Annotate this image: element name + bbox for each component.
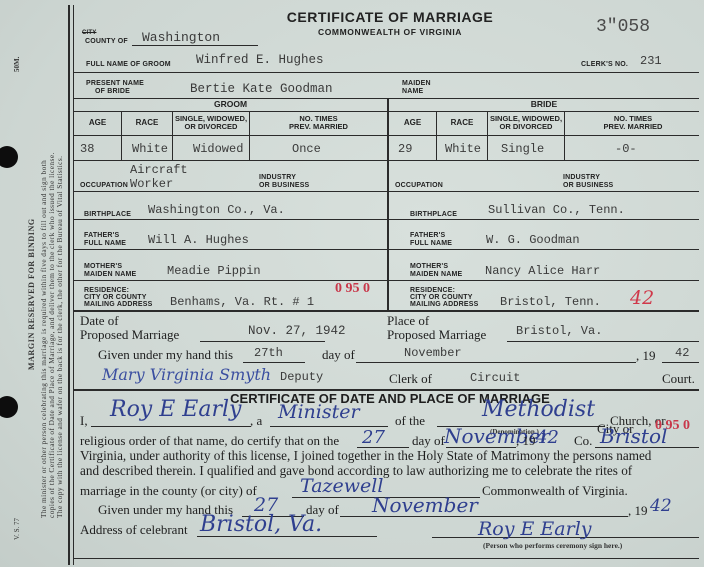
groom-status: Widowed	[193, 142, 243, 156]
bride-times-header-2: PREV. MARRIED	[565, 122, 701, 131]
bride-section-label: BRIDE	[388, 100, 700, 109]
i-label: I,	[80, 413, 88, 429]
groom-father-label-2: FULL NAME	[84, 240, 126, 248]
cert-line-1-prefix: religious order of that name, do certify…	[80, 433, 339, 449]
divider	[74, 310, 699, 312]
groom-mother-label-2: MAIDEN NAME	[84, 271, 136, 279]
cert-given-year-prefix: , 19	[628, 503, 648, 519]
bride-status-header-2: OR DIVORCED	[488, 122, 564, 131]
given-month-underline	[356, 362, 636, 363]
city-label-struck: CITY	[82, 29, 96, 37]
bride-mother: Nancy Alice Harr	[485, 264, 600, 278]
celebrant-address: Bristol, Va.	[200, 512, 322, 537]
groom-father-label-1: FATHER'S	[84, 232, 119, 240]
cert-line-2: Virginia, under authority of this licens…	[80, 448, 651, 464]
bride-race-header: RACE	[437, 118, 487, 127]
given-day: 27th	[254, 346, 283, 360]
instructions-line-3: The copy with the license and wafer on t…	[55, 156, 64, 518]
place-label-2: Proposed Marriage	[387, 327, 486, 343]
bride-father-label-2: FULL NAME	[410, 240, 452, 248]
groom-section-label: GROOM	[74, 100, 387, 109]
divider	[74, 72, 699, 73]
vs-code: V. S. 77	[13, 518, 21, 540]
cert-city: Bristol	[600, 424, 667, 448]
bride-name-value: Bertie Kate Goodman	[190, 82, 333, 96]
groom-times-header-2: PREV. MARRIED	[250, 122, 387, 131]
clerk-signature: Mary Virginia Smyth	[102, 365, 271, 384]
bride-birthplace-label: BIRTHPLACE	[410, 211, 457, 219]
proposed-marriage-date: Nov. 27, 1942	[248, 324, 346, 338]
groom-age-header: AGE	[74, 118, 121, 127]
groom-race-header: RACE	[122, 118, 172, 127]
cert-year-prefix: , 19	[516, 433, 536, 449]
date-label-2: Proposed Marriage	[80, 327, 179, 343]
maiden-name-label-1: MAIDEN	[402, 80, 431, 88]
officiant-underline	[91, 426, 251, 427]
signature-caption: (Person who performs ceremony sign here.…	[483, 541, 622, 550]
bride-mother-label-2: MAIDEN NAME	[410, 271, 462, 279]
county-prefix: marriage in the county (or city) of	[80, 483, 257, 499]
divider	[74, 160, 699, 161]
divider	[74, 249, 699, 250]
divider	[74, 280, 699, 281]
groom-occupation-2: Worker	[130, 177, 173, 191]
groom-name-label: FULL NAME OF GROOM	[86, 61, 171, 69]
divider	[74, 135, 699, 136]
divider	[74, 219, 699, 220]
margin-border	[68, 5, 70, 565]
court-label: Court.	[662, 371, 695, 387]
proposed-marriage-place: Bristol, Va.	[516, 324, 602, 338]
bride-race: White	[445, 142, 481, 156]
bride-industry-label-2: OR BUSINESS	[563, 182, 613, 190]
cert-day-of: day of	[412, 433, 445, 449]
officiant-name: Roy E Early	[110, 397, 241, 422]
groom-status-header-2: OR DIVORCED	[173, 122, 249, 131]
of-the-label: of the	[395, 413, 425, 429]
groom-occupation-label: OCCUPATION	[80, 182, 128, 190]
court-name: Circuit	[470, 371, 520, 385]
address-label: Address of celebrant	[80, 522, 188, 538]
binding-hole-icon	[0, 146, 18, 168]
groom-residence-label-3: MAILING ADDRESS	[84, 301, 152, 309]
maiden-name-label-2: NAME	[402, 88, 423, 96]
given-year-underline	[662, 362, 699, 363]
groom-times-married: Once	[292, 142, 321, 156]
co-label: Co.	[574, 433, 592, 449]
bottom-border	[74, 558, 699, 559]
groom-residence: Benhams, Va. Rt. # 1	[170, 295, 314, 309]
county-label: COUNTY OF	[85, 38, 128, 46]
bride-times-married: -0-	[615, 142, 637, 156]
groom-occupation-1: Aircraft	[130, 163, 188, 177]
bride-residence-label-3: MAILING ADDRESS	[410, 301, 478, 309]
deputy-label: Deputy	[280, 370, 323, 384]
given-year: 42	[675, 346, 689, 360]
groom-birthplace-label: BIRTHPLACE	[84, 211, 131, 219]
a-label: , a	[250, 413, 262, 429]
groom-industry-label-1: INDUSTRY	[259, 174, 296, 182]
given-year-prefix: , 19	[636, 348, 656, 364]
margin-border	[73, 5, 74, 565]
bride-residence: Bristol, Tenn.	[500, 295, 601, 309]
clerk-number-value: 231	[640, 54, 662, 68]
divider	[74, 191, 699, 192]
bride-status: Single	[501, 142, 544, 156]
bride-father-label-1: FATHER'S	[410, 232, 445, 240]
cert-day: 27	[362, 427, 385, 448]
bride-age: 29	[398, 142, 412, 156]
given-day-of: day of	[322, 347, 355, 363]
groom-name-value: Winfred E. Hughes	[196, 53, 324, 67]
cert-year: 42	[536, 427, 559, 448]
officiant-title: Minister	[278, 401, 360, 423]
given-month: November	[404, 346, 462, 360]
bride-occupation-label: OCCUPATION	[395, 182, 443, 190]
bride-industry-label-1: INDUSTRY	[563, 174, 600, 182]
given-day-underline	[243, 362, 305, 363]
cert-given-month: November	[372, 493, 478, 517]
bride-red-mark: 42	[630, 287, 654, 309]
date-underline	[200, 341, 325, 342]
clerk-of-label: Clerk of	[389, 371, 432, 387]
bride-age-header: AGE	[389, 118, 436, 127]
bride-mother-label-1: MOTHER'S	[410, 263, 448, 271]
given-prefix: Given under my hand this	[98, 347, 233, 363]
county-value: Washington	[142, 30, 220, 45]
stamp-number: 3″058	[596, 17, 650, 37]
cert-county: Tazewell	[300, 475, 383, 497]
bride-birthplace: Sullivan Co., Tenn.	[488, 203, 625, 217]
place-underline	[507, 341, 699, 342]
groom-industry-label-2: OR BUSINESS	[259, 182, 309, 190]
clerk-number-label: CLERK'S NO.	[581, 61, 628, 69]
groom-age: 38	[80, 142, 94, 156]
form-code: 50M.	[13, 57, 21, 72]
groom-race: White	[132, 142, 168, 156]
bride-name-label-2: OF BRIDE	[95, 88, 130, 96]
county-suffix: Commonwealth of Virginia.	[482, 483, 628, 499]
county-underline	[132, 45, 258, 46]
cert-given-year: 42	[650, 496, 672, 516]
groom-red-stamp: 0 95 0	[335, 281, 370, 297]
bride-father: W. G. Goodman	[486, 233, 580, 247]
groom-mother: Meadie Pippin	[167, 264, 261, 278]
denomination-value: Methodist	[482, 397, 595, 422]
bride-name-label-1: PRESENT NAME	[86, 80, 144, 88]
marriage-certificate: 50M. V. S. 77 MARGIN RESERVED FOR BINDIN…	[0, 0, 704, 567]
groom-birthplace: Washington Co., Va.	[148, 203, 285, 217]
binding-note: MARGIN RESERVED FOR BINDING	[27, 218, 36, 370]
groom-mother-label-1: MOTHER'S	[84, 263, 122, 271]
celebrant-signature: Roy E Early	[478, 518, 592, 540]
groom-father: Will A. Hughes	[148, 233, 249, 247]
